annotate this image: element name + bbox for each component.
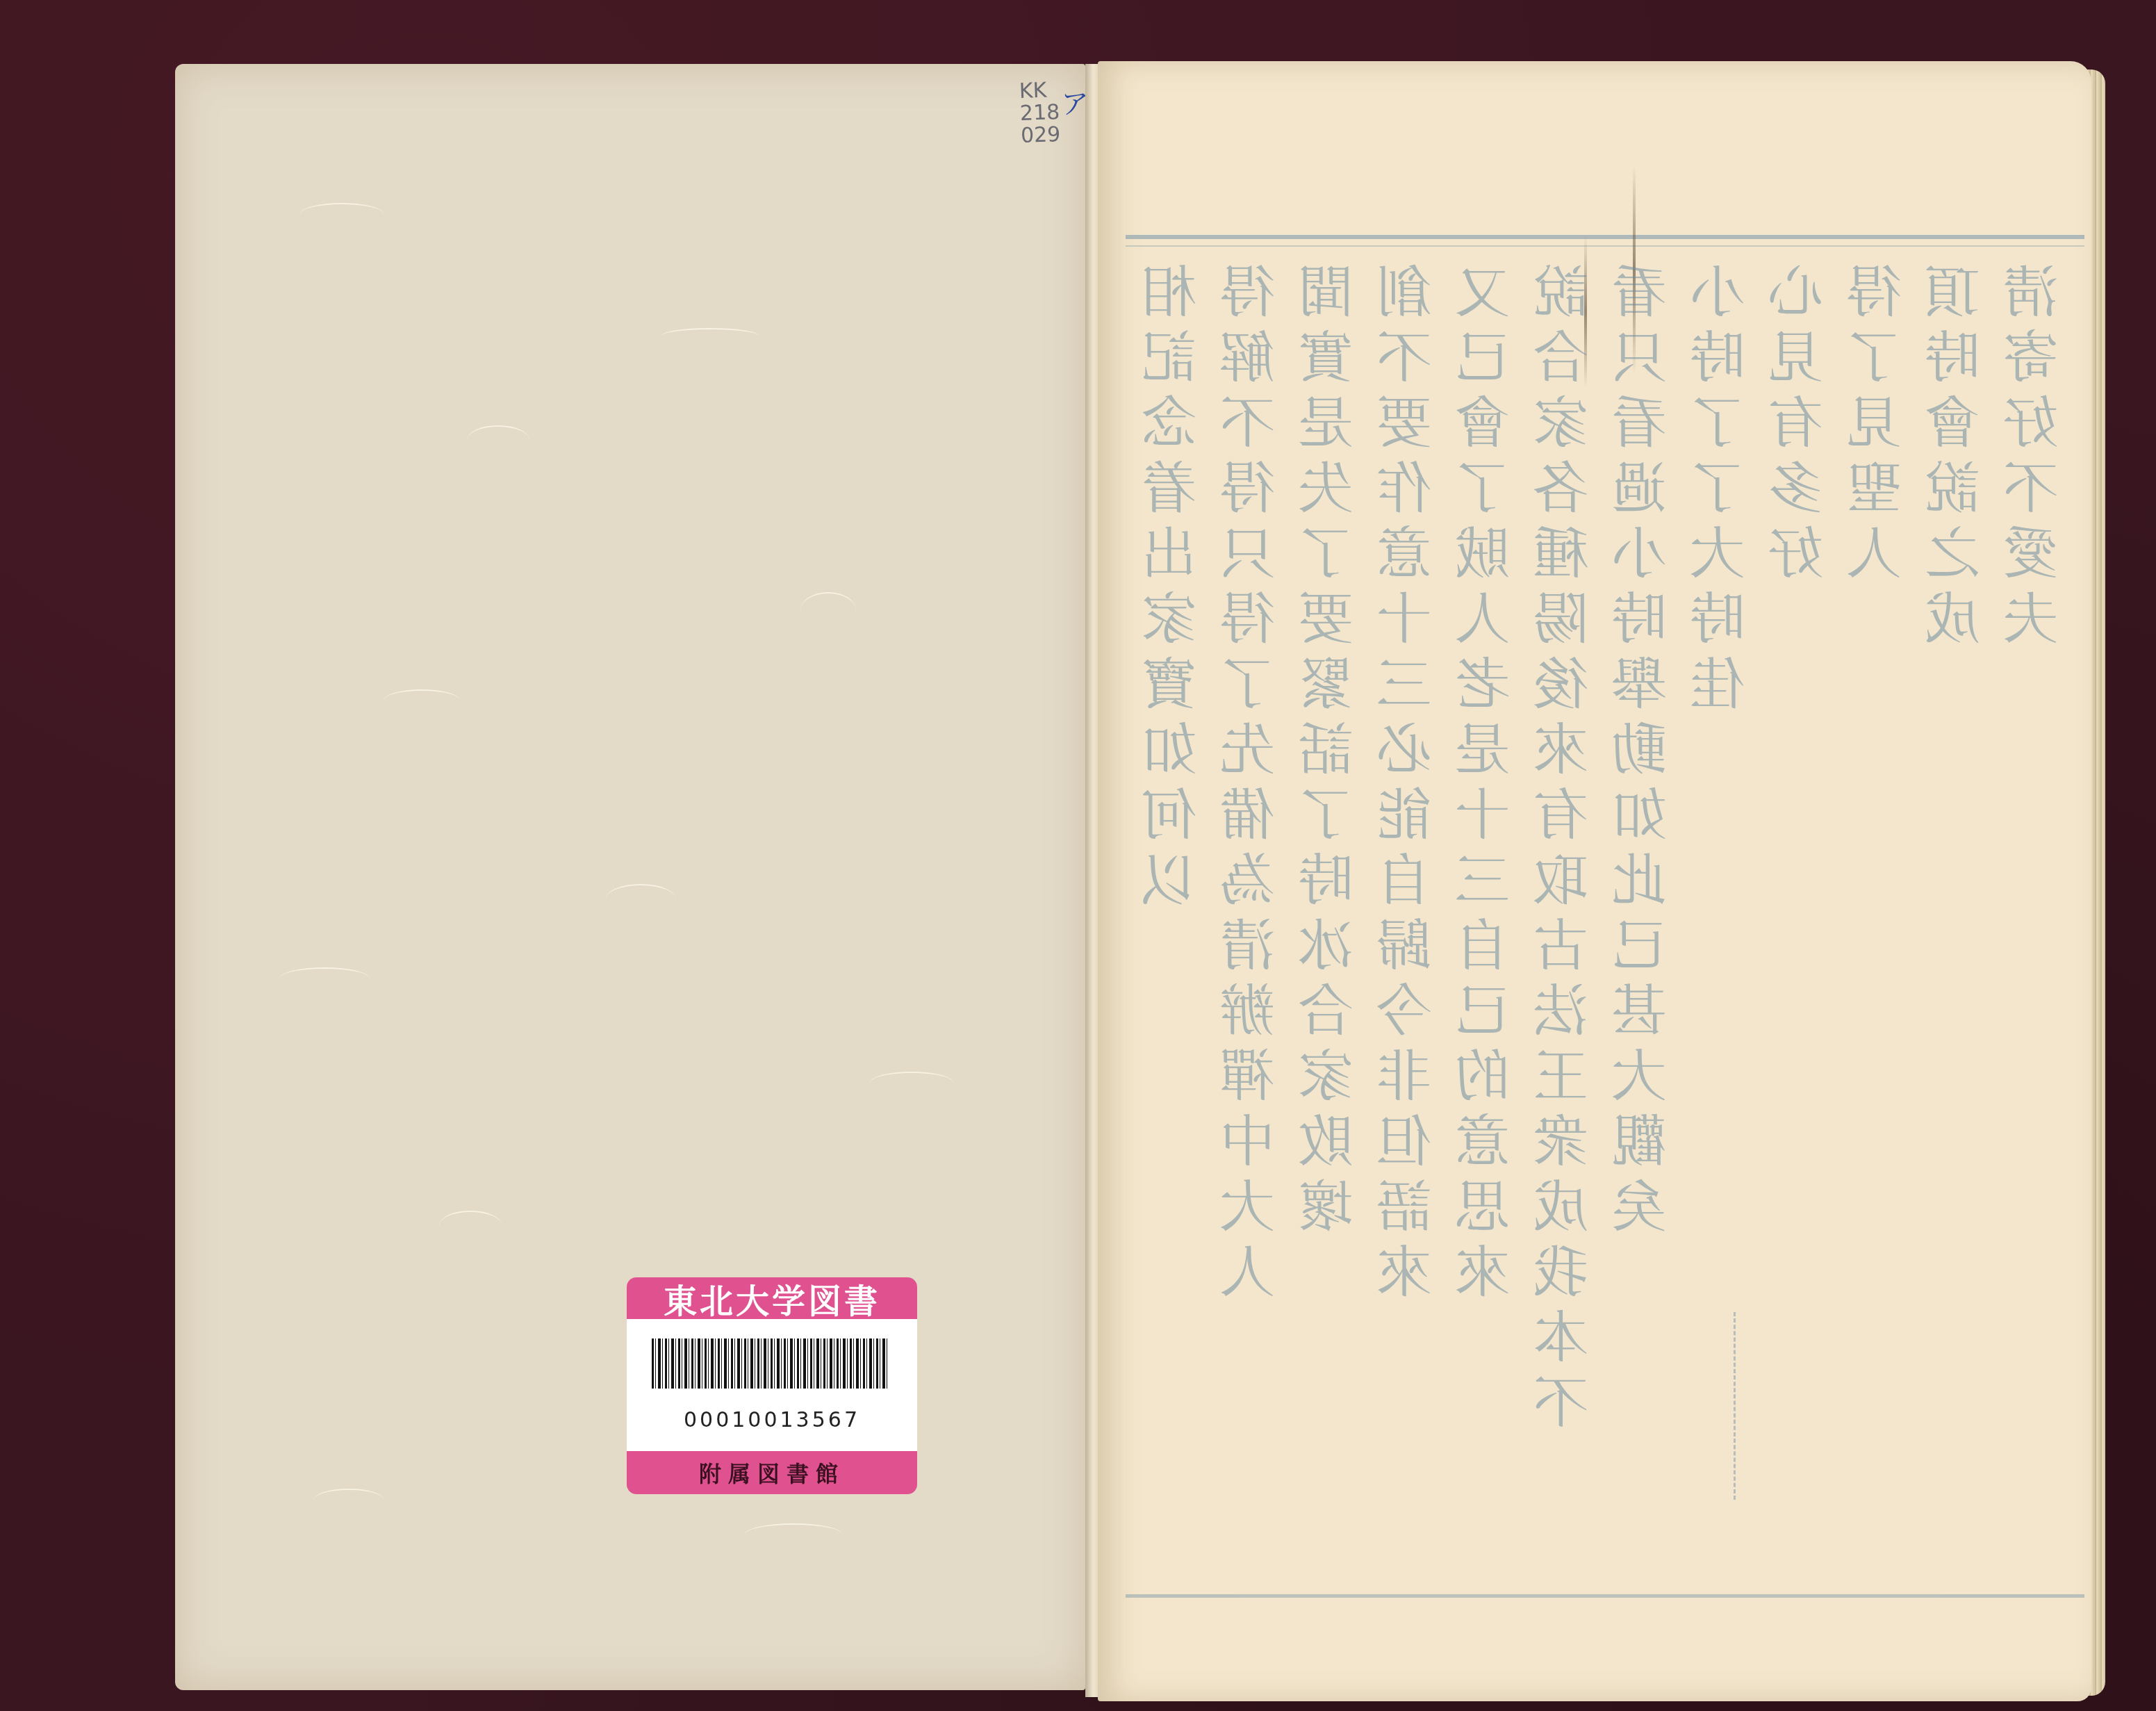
label-barcode-area: 00010013567 — [627, 1319, 917, 1451]
text-column: 淸寄好不愛夫 — [2001, 263, 2071, 1569]
text-column: 小時了了大時佳 — [1688, 263, 1757, 1569]
text-column: 相記念着出家寶如何以 — [1139, 263, 1209, 1569]
text-column: 得解不得只得了先備為清辦禪中大人 — [1218, 263, 1287, 1569]
library-barcode-label: 東北大学図書 00010013567 附属図書館 — [627, 1277, 917, 1494]
text-column: 頂時會說之成 — [1923, 263, 1992, 1569]
text-column: 聞實是失了要緊話了時冰合家敗壞 — [1297, 263, 1366, 1569]
paper-fiber — [870, 1072, 953, 1094]
text-column: 創不要作意十三必能自歸今非但語來 — [1374, 263, 1444, 1569]
handwritten-kana-mark: ア — [1061, 82, 1089, 122]
barcode-icon — [652, 1338, 889, 1389]
text-column: 得了見聖人 — [1845, 263, 1914, 1569]
paper-fiber — [800, 592, 856, 628]
paper-fiber — [279, 967, 370, 990]
paper-fiber — [314, 1489, 384, 1511]
text-column: 說合家各種陽後來有取古法王衆成我本不 — [1531, 263, 1601, 1569]
paper-fiber — [384, 689, 460, 712]
paper-fiber — [606, 884, 675, 913]
shelfmark-line: 218 — [1019, 101, 1060, 125]
text-column: 又已會了賊人老是十三自已的意思來 — [1453, 263, 1522, 1569]
text-column: 看只看過小時舉動如此已甚大觀矣 — [1609, 263, 1679, 1569]
right-text-page: 淸寄好不愛夫 頂時會說之成 得了見聖人 心見有多好 小時了了大時佳 看只看過小時… — [1098, 61, 2091, 1701]
page-border-rule — [1126, 245, 2084, 247]
handwritten-shelfmark: KK 218 029 — [1019, 79, 1061, 147]
paper-fiber — [300, 203, 384, 225]
show-through-text: 淸寄好不愛夫 頂時會說之成 得了見聖人 心見有多好 小時了了大時佳 看只看過小時… — [1139, 263, 2071, 1569]
center-fold-marker — [1734, 1312, 1736, 1500]
paper-fiber — [745, 1523, 842, 1546]
paper-fiber — [467, 425, 529, 455]
text-column: 心見有多好 — [1766, 263, 1836, 1569]
label-footer: 附属図書館 — [627, 1451, 917, 1494]
barcode-number: 00010013567 — [627, 1408, 917, 1432]
paper-fiber — [439, 1211, 502, 1240]
shelfmark-line: 029 — [1021, 124, 1061, 147]
shelfmark-line: KK — [1019, 79, 1059, 103]
label-header: 東北大学図書 — [627, 1277, 917, 1319]
paper-fiber — [661, 328, 759, 343]
